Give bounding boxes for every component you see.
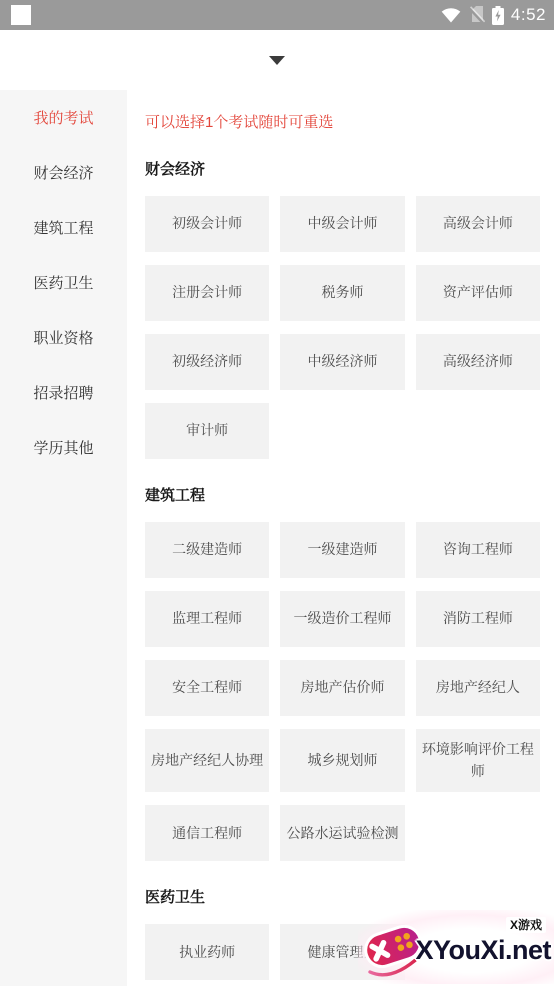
exam-button[interactable]: 审计师: [145, 403, 269, 459]
exam-grid: 初级会计师中级会计师高级会计师注册会计师税务师资产评估师初级经济师中级经济师高级…: [145, 196, 540, 459]
exam-button[interactable]: 高级经济师: [416, 334, 540, 390]
sidebar-item[interactable]: 医药卫生: [0, 255, 127, 310]
sidebar: 我的考试财会经济建筑工程医药卫生职业资格招录招聘学历其他: [0, 90, 127, 986]
battery-charging-icon: [492, 6, 504, 25]
exam-button[interactable]: 公路水运试验检测: [280, 805, 404, 861]
exam-button[interactable]: 初级会计师: [145, 196, 269, 252]
exam-button[interactable]: 通信工程师: [145, 805, 269, 861]
notification-square-icon: [11, 5, 31, 25]
sidebar-item[interactable]: 职业资格: [0, 310, 127, 365]
selection-notice: 可以选择1个考试随时可重选: [145, 112, 540, 133]
exam-button[interactable]: 二级建造师: [145, 522, 269, 578]
exam-grid: 执业药师健康管理师: [145, 924, 540, 980]
exam-button[interactable]: 一级建造师: [280, 522, 404, 578]
section-title: 财会经济: [145, 159, 540, 180]
status-time: 4:52: [511, 5, 546, 25]
exam-button[interactable]: 安全工程师: [145, 660, 269, 716]
exam-button[interactable]: 消防工程师: [416, 591, 540, 647]
exam-button[interactable]: 监理工程师: [145, 591, 269, 647]
sidebar-item[interactable]: 学历其他: [0, 420, 127, 475]
status-bar: 4:52: [0, 0, 554, 30]
exam-button[interactable]: 中级经济师: [280, 334, 404, 390]
exam-button[interactable]: 执业药师: [145, 924, 269, 980]
exam-grid: 二级建造师一级建造师咨询工程师监理工程师一级造价工程师消防工程师安全工程师房地产…: [145, 522, 540, 861]
app-body: 我的考试财会经济建筑工程医药卫生职业资格招录招聘学历其他 可以选择1个考试随时可…: [0, 90, 554, 986]
exam-button[interactable]: 注册会计师: [145, 265, 269, 321]
wifi-icon: [441, 7, 461, 23]
exam-button[interactable]: 房地产经纪人协理: [145, 729, 269, 792]
exam-button[interactable]: 税务师: [280, 265, 404, 321]
section-title: 医药卫生: [145, 887, 540, 908]
exam-sections: 财会经济初级会计师中级会计师高级会计师注册会计师税务师资产评估师初级经济师中级经…: [145, 159, 540, 980]
exam-button[interactable]: 房地产估价师: [280, 660, 404, 716]
exam-button[interactable]: 房地产经纪人: [416, 660, 540, 716]
exam-button[interactable]: 环境影响评价工程师: [416, 729, 540, 792]
section-title: 建筑工程: [145, 485, 540, 506]
sidebar-item[interactable]: 财会经济: [0, 145, 127, 200]
exam-button[interactable]: 健康管理师: [280, 924, 404, 980]
no-sim-icon: [468, 6, 485, 24]
sidebar-item[interactable]: 我的考试: [0, 90, 127, 145]
app-screen: 4:52 我的考试财会经济建筑工程医药卫生职业资格招录招聘学历其他 可以选择1个…: [0, 0, 554, 986]
collapse-bar[interactable]: [0, 30, 554, 90]
exam-button[interactable]: 城乡规划师: [280, 729, 404, 792]
exam-button[interactable]: 一级造价工程师: [280, 591, 404, 647]
exam-button[interactable]: 高级会计师: [416, 196, 540, 252]
exam-button[interactable]: 中级会计师: [280, 196, 404, 252]
chevron-down-icon: [269, 56, 285, 65]
exam-selection-panel: 可以选择1个考试随时可重选 财会经济初级会计师中级会计师高级会计师注册会计师税务…: [127, 90, 554, 986]
exam-button[interactable]: 初级经济师: [145, 334, 269, 390]
sidebar-item[interactable]: 建筑工程: [0, 200, 127, 255]
exam-button[interactable]: 咨询工程师: [416, 522, 540, 578]
sidebar-item[interactable]: 招录招聘: [0, 365, 127, 420]
exam-button[interactable]: 资产评估师: [416, 265, 540, 321]
status-icons: 4:52: [441, 5, 546, 25]
